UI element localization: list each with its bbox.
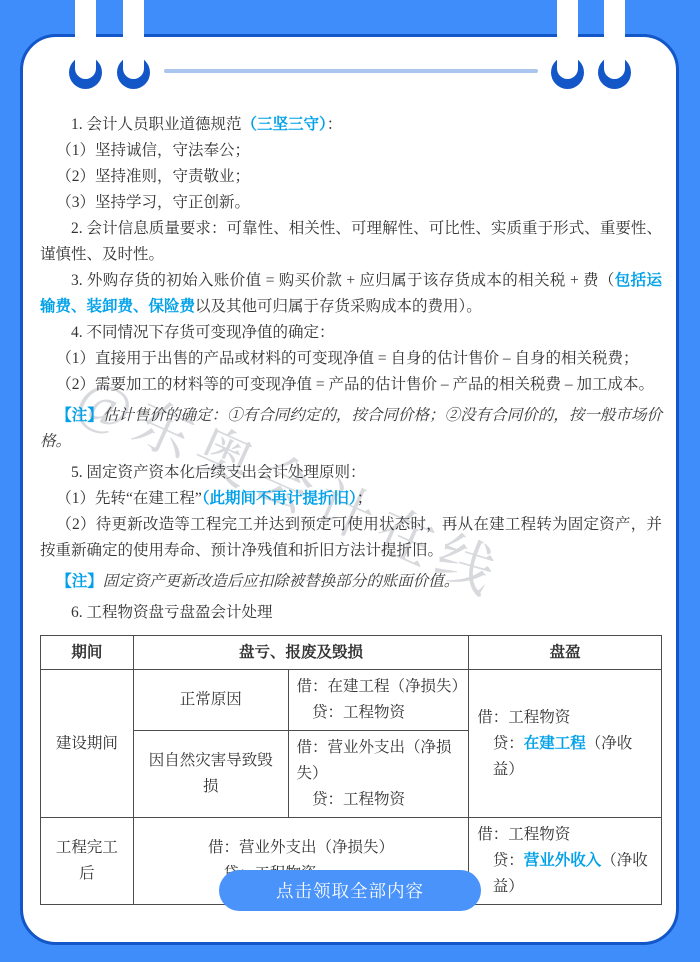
note-estimated-price: 【注】估计售价的确定：①有合同约定的，按合同价格；②没有合同价的，按一般市场价格… xyxy=(40,403,662,455)
note-label: 【注】 xyxy=(56,407,103,424)
journal-debit: 借：营业外支出（净损失） xyxy=(297,735,461,787)
cell-entry-normal: 借：在建工程（净损失） 贷：工程物资 xyxy=(288,670,469,731)
binder-ring-icon xyxy=(598,0,631,89)
journal-debit: 借：工程物资 xyxy=(477,822,653,848)
header-surplus: 盘盈 xyxy=(469,636,662,670)
journal-credit: 贷：工程物资 xyxy=(297,787,461,813)
cell-entry-disaster: 借：营业外支出（净损失） 贷：工程物资 xyxy=(288,731,469,818)
cell-cause-disaster: 因自然灾害导致毁损 xyxy=(133,731,288,818)
journal-credit: 贷：在建工程（净收益） xyxy=(477,731,653,783)
highlight-text: （三坚三守） xyxy=(242,116,327,133)
note-renovation: 【注】固定资产更新改造后应扣除被替换部分的账面价值。 xyxy=(40,569,662,595)
paragraph-fixed-asset-item1: （1）先转“在建工程”（此期间不再计提折旧）； xyxy=(40,486,662,512)
highlight-text: 营业外收入 xyxy=(524,852,602,869)
note-label: 【注】 xyxy=(56,573,103,590)
ring-strap-icon xyxy=(557,0,578,79)
cell-period-completed: 工程完工后 xyxy=(41,818,134,905)
paragraph-ethics-item1: （1）坚持诚信，守法奉公； xyxy=(40,138,662,164)
binder-ring-icon xyxy=(69,0,102,89)
paragraph-table-title: 6. 工程物资盘亏盘盈会计处理 xyxy=(40,600,662,626)
top-divider-line xyxy=(164,69,538,73)
journal-debit: 借：在建工程（净损失） xyxy=(297,674,461,700)
ring-strap-icon xyxy=(75,0,96,79)
highlight-text: 在建工程 xyxy=(524,735,586,752)
paragraph-ethics: 1. 会计人员职业道德规范（三坚三守）： xyxy=(40,112,662,138)
paragraph-quality: 2. 会计信息质量要求：可靠性、相关性、可理解性、可比性、实质重于形式、重要性、… xyxy=(40,216,662,268)
journal-debit: 借：营业外支出（净损失） xyxy=(208,835,394,861)
ring-strap-icon xyxy=(123,0,144,79)
header-period: 期间 xyxy=(41,636,134,670)
journal-debit: 借：工程物资 xyxy=(477,705,653,731)
accounting-table: 期间 盘亏、报废及毁损 盘盈 建设期间 正常原因 借：在建工程（净损失） 贷：工… xyxy=(40,635,662,905)
binder-ring-icon xyxy=(551,0,584,89)
paragraph-nrv-item1: （1）直接用于出售的产品或材料的可变现净值 = 自身的估计售价 – 自身的相关税… xyxy=(40,346,662,372)
paragraph-nrv: 4. 不同情况下存货可变现净值的确定： xyxy=(40,320,662,346)
notes-content: 1. 会计人员职业道德规范（三坚三守）： （1）坚持诚信，守法奉公； （2）坚持… xyxy=(40,112,662,905)
table-row: 建设期间 正常原因 借：在建工程（净损失） 贷：工程物资 借：工程物资 贷：在建… xyxy=(41,670,662,731)
claim-content-button[interactable]: 点击领取全部内容 xyxy=(219,870,481,911)
journal-credit: 贷：营业外收入（净收益） xyxy=(477,848,653,900)
paragraph-ethics-item2: （2）坚持准则，守责敬业； xyxy=(40,164,662,190)
paragraph-fixed-asset-item2: （2）待更新改造等工程完工并达到预定可使用状态时，再从在建工程转为固定资产，并按… xyxy=(40,512,662,564)
cell-surplus-completed: 借：工程物资 贷：营业外收入（净收益） xyxy=(469,818,662,905)
paragraph-ethics-item3: （3）坚持学习，守正创新。 xyxy=(40,190,662,216)
cell-period-construction: 建设期间 xyxy=(41,670,134,818)
paragraph-inventory-cost: 3. 外购存货的初始入账价值 = 购买价款 + 应归属于该存货成本的相关税 + … xyxy=(40,268,662,320)
paragraph-nrv-item2: （2）需要加工的材料等的可变现净值 = 产品的估计售价 – 产品的相关税费 – … xyxy=(40,372,662,398)
ring-strap-icon xyxy=(604,0,625,79)
highlight-text: （此期间不再计提折旧） xyxy=(202,490,357,507)
cell-cause-normal: 正常原因 xyxy=(133,670,288,731)
cell-surplus-construction: 借：工程物资 贷：在建工程（净收益） xyxy=(469,670,662,818)
table-header-row: 期间 盘亏、报废及毁损 盘盈 xyxy=(41,636,662,670)
binder-ring-icon xyxy=(117,0,150,89)
paragraph-fixed-asset: 5. 固定资产资本化后续支出会计处理原则： xyxy=(40,460,662,486)
journal-credit: 贷：工程物资 xyxy=(297,700,461,726)
header-loss: 盘亏、报废及毁损 xyxy=(133,636,468,670)
